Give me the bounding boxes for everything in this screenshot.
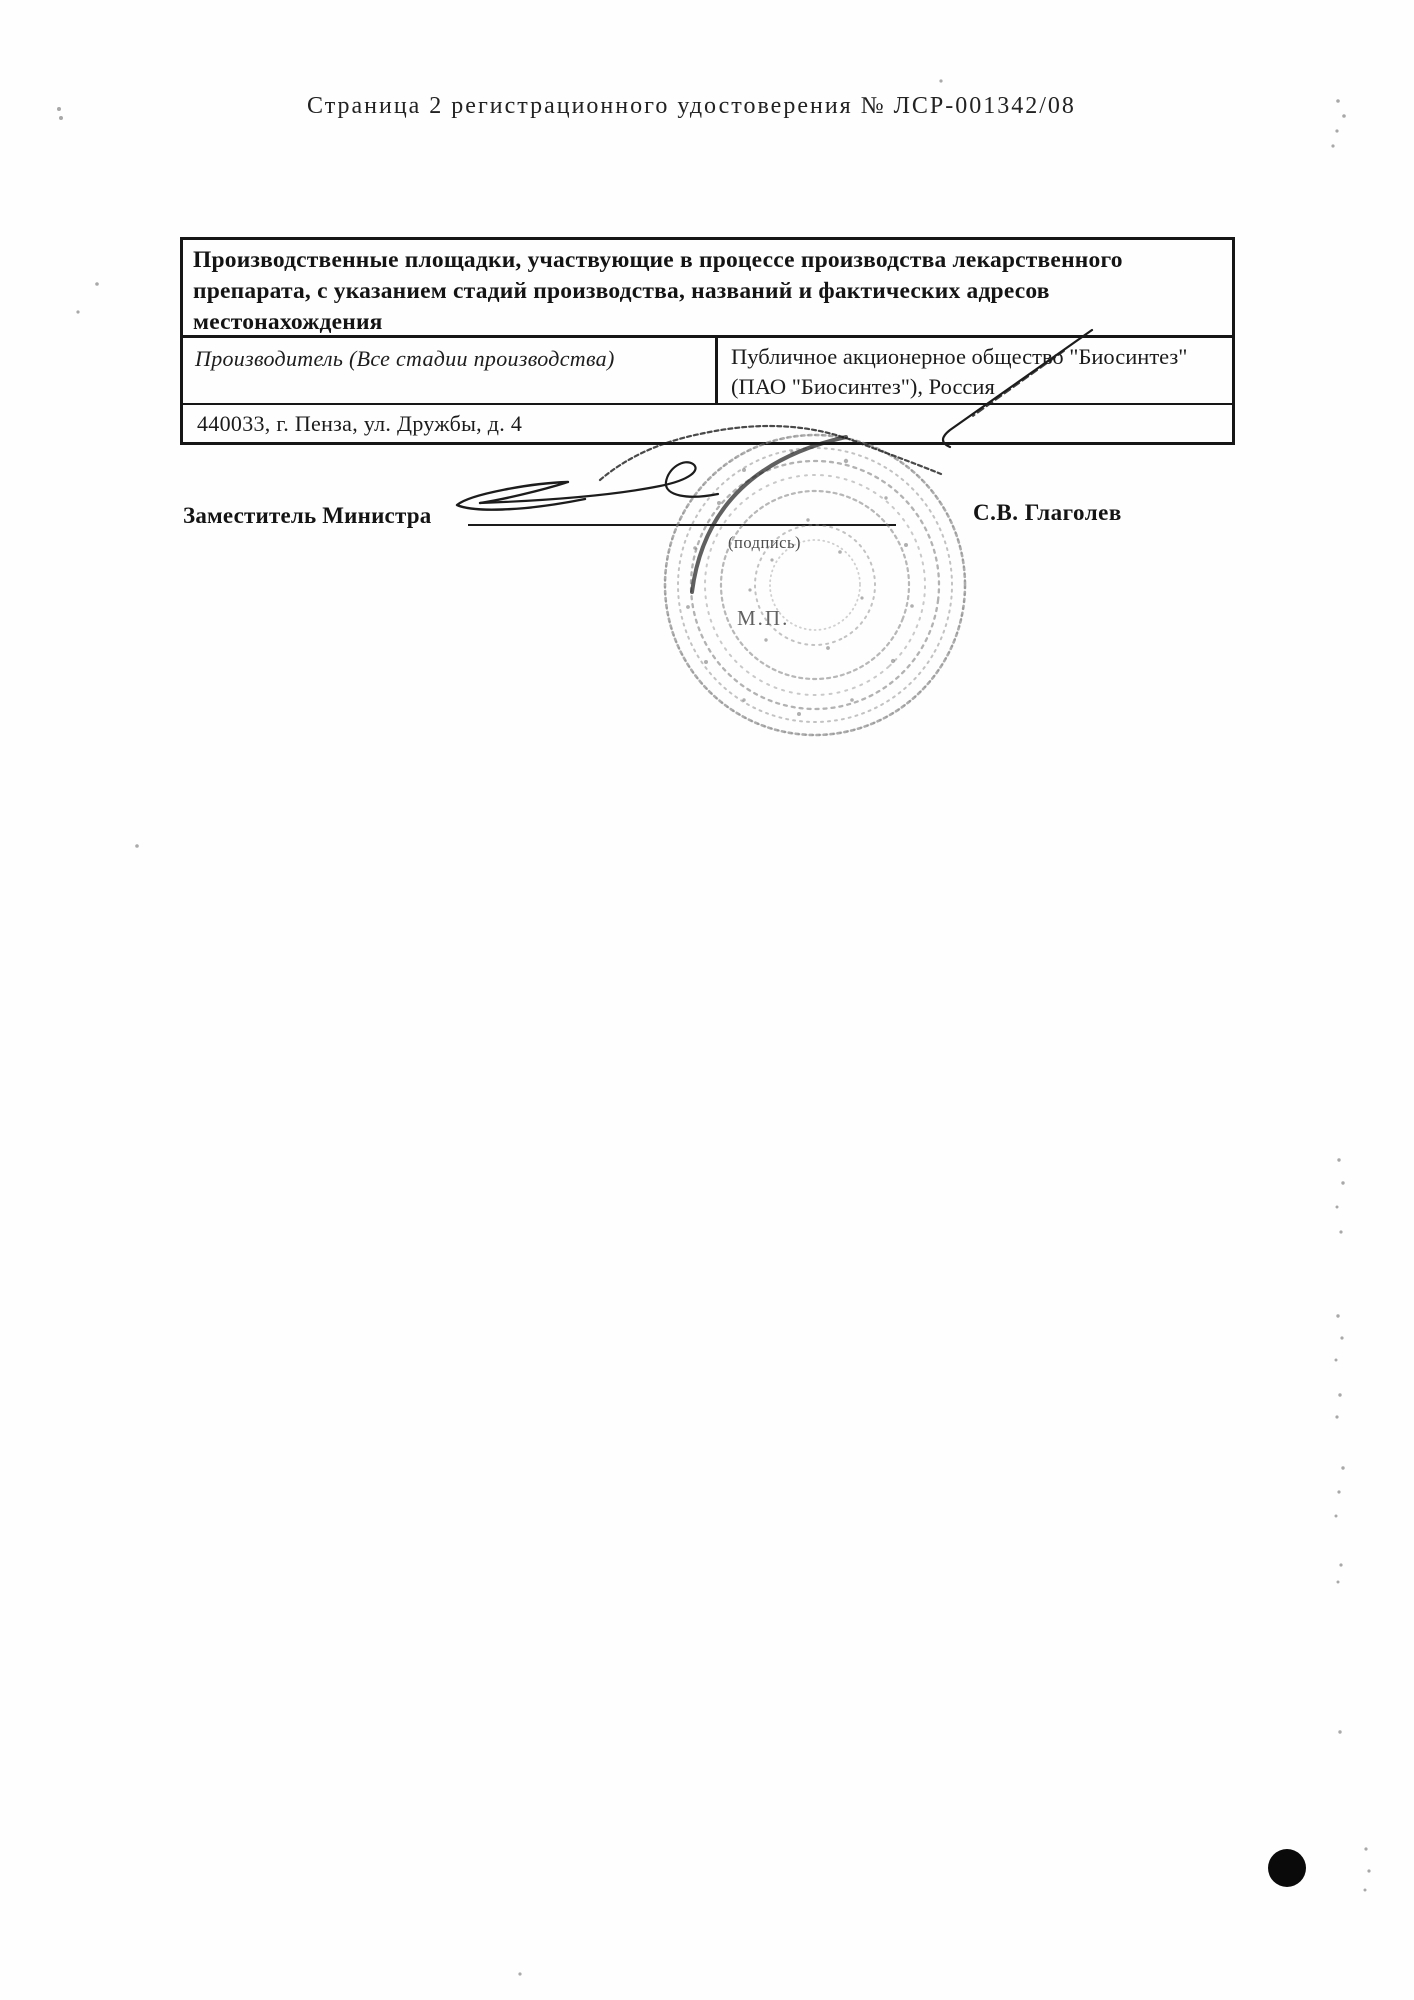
producer-value-cell: Публичное акционерное общество "Биосинте…: [721, 338, 1238, 403]
signature-caption: (подпись): [728, 533, 801, 553]
scanned-document-page: Страница 2 регистрационного удостоверени…: [0, 0, 1414, 2000]
producer-label-cell: Производитель (Все стадии производства): [183, 338, 718, 403]
table-row: 440033, г. Пенза, ул. Дружбы, д. 4: [183, 403, 1232, 442]
table-row: Производитель (Все стадии производства) …: [183, 335, 1232, 403]
signer-name: С.В. Глаголев: [973, 500, 1122, 526]
signer-title: Заместитель Министра: [183, 503, 431, 529]
producer-address-text: 440033, г. Пенза, ул. Дружбы, д. 4: [197, 411, 1222, 437]
page-header: Страница 2 регистрационного удостоверени…: [307, 93, 1076, 120]
table-header-text: Производственные площадки, участвующие в…: [193, 245, 1133, 338]
production-sites-table: Производственные площадки, участвующие в…: [180, 237, 1235, 445]
punch-hole-dot: [1268, 1849, 1306, 1887]
producer-label-text: Производитель (Все стадии производства): [195, 346, 705, 372]
seal-label: М.П.: [737, 606, 789, 631]
stamp-seal-icon: [627, 397, 1003, 773]
signature-line: [468, 524, 896, 526]
table-header-cell: Производственные площадки, участвующие в…: [183, 240, 1232, 335]
producer-value-text: Публичное акционерное общество "Биосинте…: [731, 342, 1216, 402]
